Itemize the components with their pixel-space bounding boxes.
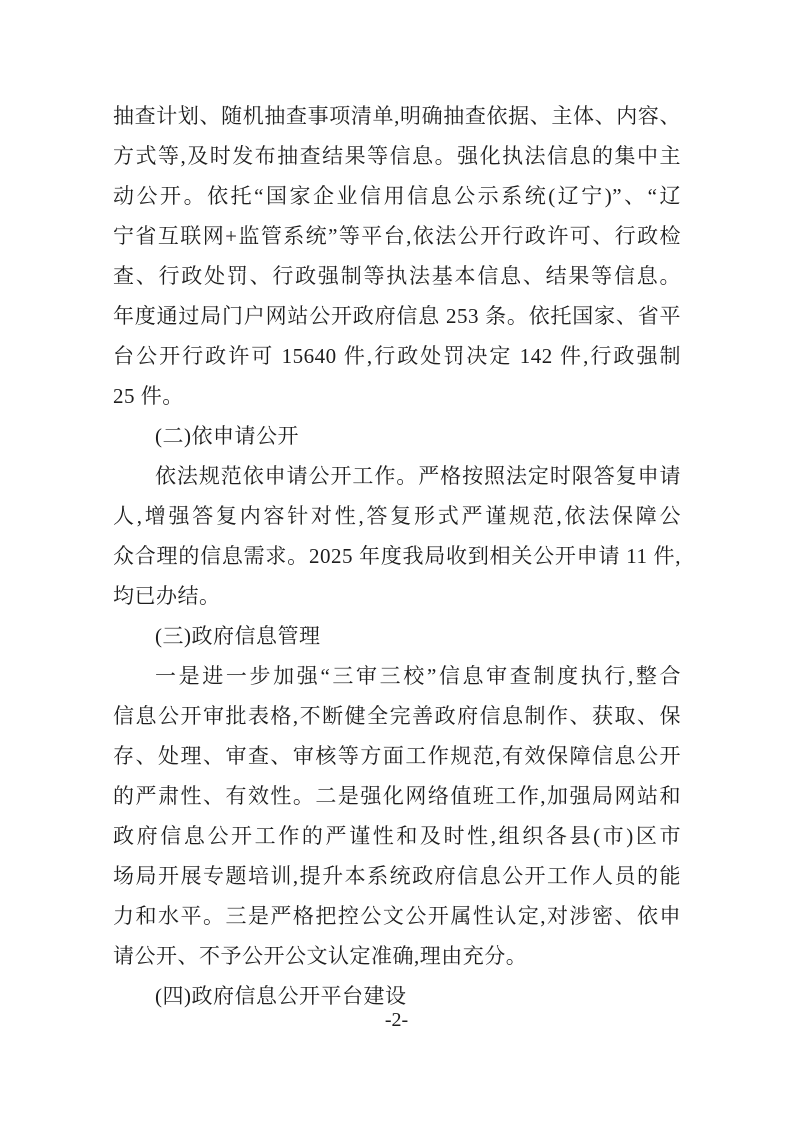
section-heading: (二)依申请公开 <box>113 416 681 456</box>
text-line: 均已办结。 <box>113 576 681 616</box>
text-line: 25 件。 <box>113 376 681 416</box>
text-line: 的严肃性、有效性。二是强化网络值班工作,加强局网站和 <box>113 776 681 816</box>
text-line: 查、行政处罚、行政强制等执法基本信息、结果等信息。2025 <box>113 256 681 296</box>
text-line: 人,增强答复内容针对性,答复形式严谨规范,依法保障公 <box>113 496 681 536</box>
text-line: 依法规范依申请公开工作。严格按照法定时限答复申请 <box>113 456 681 496</box>
text-line: 存、处理、审查、审核等方面工作规范,有效保障信息公开 <box>113 736 681 776</box>
text-line: 动公开。依托“国家企业信用信息公示系统(辽宁)”、“辽 <box>113 176 681 216</box>
text-line: 一是进一步加强“三审三校”信息审查制度执行,整合 <box>113 656 681 696</box>
section-heading: (三)政府信息管理 <box>113 616 681 656</box>
text-line: 请公开、不予公开公文认定准确,理由充分。 <box>113 936 681 976</box>
text-line: 政府信息公开工作的严谨性和及时性,组织各县(市)区市 <box>113 816 681 856</box>
document-body: 抽查计划、随机抽查事项清单,明确抽查依据、主体、内容、方式等,及时发布抽查结果等… <box>113 96 681 1016</box>
text-line: 宁省互联网+监管系统”等平台,依法公开行政许可、行政检 <box>113 216 681 256</box>
page-number: -2- <box>0 1004 793 1036</box>
text-line: 台公开行政许可 15640 件,行政处罚决定 142 件,行政强制 <box>113 336 681 376</box>
text-line: 方式等,及时发布抽查结果等信息。强化执法信息的集中主 <box>113 136 681 176</box>
text-line: 年度通过局门户网站公开政府信息 253 条。依托国家、省平 <box>113 296 681 336</box>
text-line: 力和水平。三是严格把控公文公开属性认定,对涉密、依申 <box>113 896 681 936</box>
text-line: 场局开展专题培训,提升本系统政府信息公开工作人员的能 <box>113 856 681 896</box>
text-line: 信息公开审批表格,不断健全完善政府信息制作、获取、保 <box>113 696 681 736</box>
text-line: 众合理的信息需求。2025 年度我局收到相关公开申请 11 件, <box>113 536 681 576</box>
document-page: 抽查计划、随机抽查事项清单,明确抽查依据、主体、内容、方式等,及时发布抽查结果等… <box>0 0 793 1122</box>
text-line: 抽查计划、随机抽查事项清单,明确抽查依据、主体、内容、 <box>113 96 681 136</box>
